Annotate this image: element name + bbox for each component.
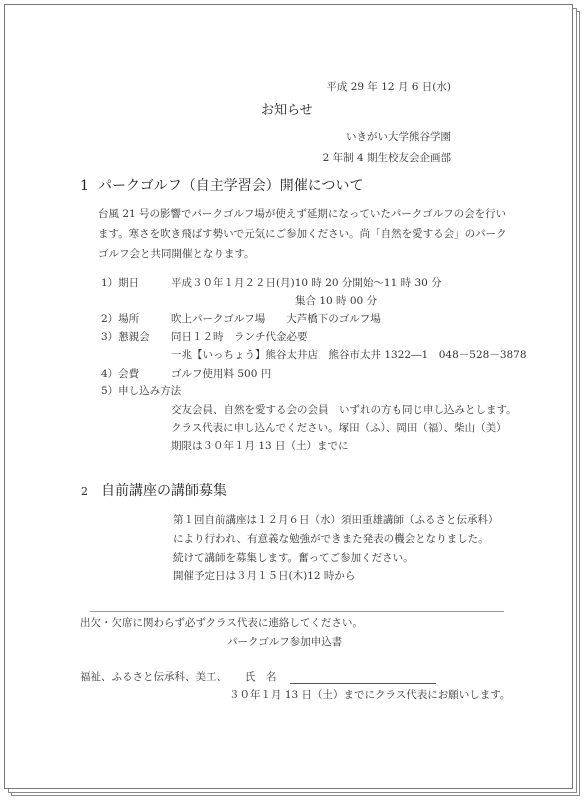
section2-number: 2 bbox=[81, 483, 88, 501]
item-value-place: 吹上パークゴルフ場 大芦橋下のゴルフ場 bbox=[171, 312, 381, 326]
item-value-application: 交友会員、自然を愛する会の会員 いずれの方も同じ申し込みとします。 bbox=[171, 403, 517, 417]
attendance-notice: 出欠・欠席に関わらず必ずクラス代表に連絡してください。 bbox=[80, 616, 363, 630]
item-value-date: 平成３０年１月２２日(月)10 時 20 分開始～11 時 30 分 bbox=[171, 276, 442, 290]
item-label-social: 3）懇親会 bbox=[101, 330, 150, 344]
section2-heading: 自前講座の講師募集 bbox=[101, 482, 227, 500]
departments-label: 福祉、ふるさと伝承科、美工、 bbox=[80, 670, 227, 684]
section2-line: 開催予定日は３月１５日(木)12 時から bbox=[173, 569, 355, 583]
form-deadline: ３０年１月 13 日（土）までにクラス代表にお願いします。 bbox=[229, 688, 510, 702]
section2-line: 続けて講師を募集します。奮ってご参加ください。 bbox=[173, 551, 414, 565]
section2-line: 第１回自前講座は１２月６日（水）須田重雄講師（ふるさと伝承科） bbox=[173, 513, 499, 527]
item-value-application: クラス代表に申し込んでください。塚田（ふ）、岡田（福）、柴山（美） bbox=[171, 421, 507, 435]
item-label-fee: 4）会費 bbox=[101, 367, 139, 381]
item-label-application: 5）申し込み方法 bbox=[101, 384, 181, 398]
form-title: パークゴルフ参加申込書 bbox=[227, 635, 342, 649]
section1-paragraph-line: ゴルフ会と共同開催となります。 bbox=[98, 247, 255, 261]
item-value-restaurant: 一兆【いっちょう】熊谷太井店 熊谷市太井 1322―1 048－528－3878 bbox=[171, 348, 527, 362]
item-value-social: 同日１２時 ランチ代金必要 bbox=[171, 330, 308, 344]
item-value-fee: ゴルフ使用料 500 円 bbox=[171, 367, 271, 381]
item-label-date: 1）期日 bbox=[101, 276, 139, 290]
organization-name: いきがい大学熊谷学園 bbox=[346, 130, 451, 144]
document-title: お知らせ bbox=[261, 103, 313, 119]
section1-number: 1 bbox=[80, 177, 89, 195]
item-value-deadline: 期限は３０年１月 13 日（土）までに bbox=[171, 439, 349, 453]
document-date: 平成 29 年 12 月 6 日(水) bbox=[326, 80, 451, 94]
section2-line: により行われ、有意義な勉強ができまた発表の機会となりました。 bbox=[173, 532, 489, 546]
name-label: 氏 名 bbox=[245, 670, 277, 684]
name-field-line[interactable] bbox=[290, 683, 436, 684]
section1-heading: パークゴルフ（自主学習会）開催について bbox=[98, 177, 363, 195]
item-value-assembly-time: 集合 10 時 00 分 bbox=[295, 294, 377, 308]
organization-department: 2 年制 4 期生校友会企画部 bbox=[323, 151, 451, 165]
item-label-place: 2）場所 bbox=[101, 312, 139, 326]
section1-paragraph-line: ます。寒さを吹き飛ばす勢いで元気にご参加ください。尚「自然を愛する会」のパーク bbox=[98, 227, 507, 241]
section1-paragraph-line: 台風 21 号の影響でパークゴルフ場が使えず延期になっていたパークゴルフの会を行… bbox=[98, 207, 506, 221]
divider bbox=[90, 611, 504, 612]
